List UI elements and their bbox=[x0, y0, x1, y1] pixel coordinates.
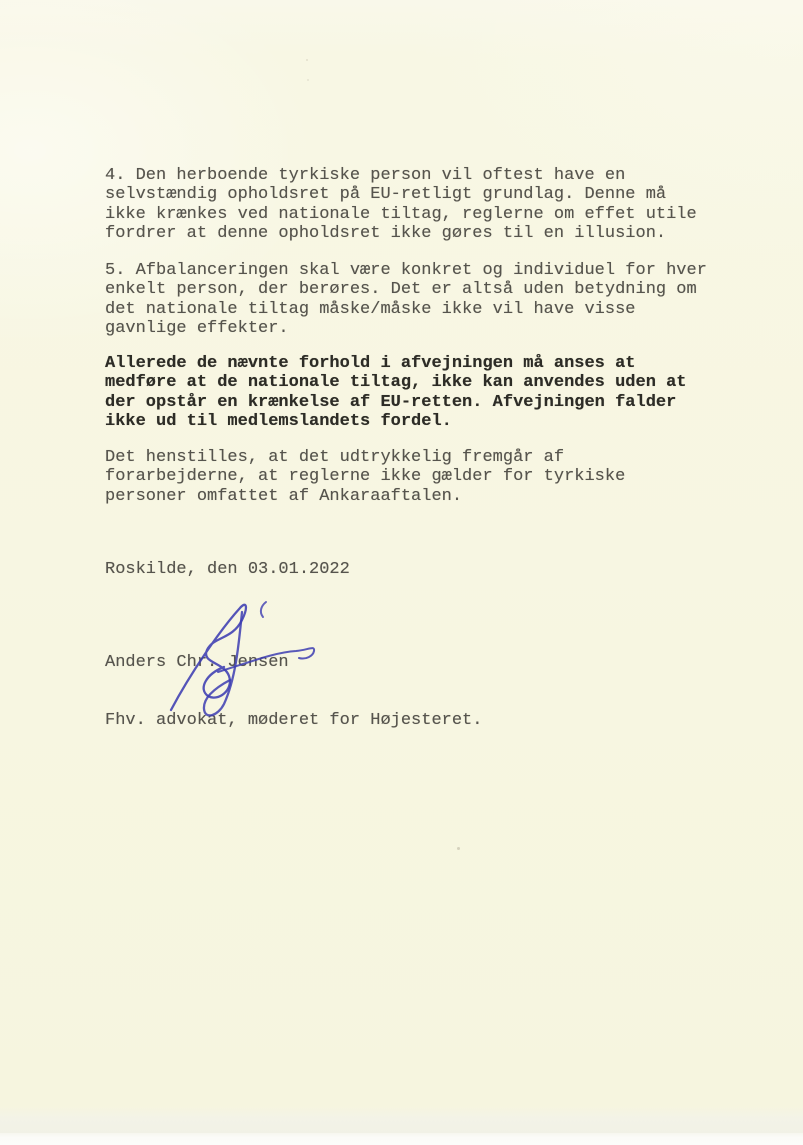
paragraph-recommendation: Det henstilles, at det udtrykkelig fremg… bbox=[105, 448, 625, 506]
scan-bottom-edge bbox=[0, 1133, 803, 1145]
signature-stroke-top-mark bbox=[261, 602, 266, 617]
paragraph-point-5: 5. Afbalanceringen skal være konkret og … bbox=[105, 261, 707, 338]
paragraph-conclusion-bold: Allerede de nævnte forhold i afvejningen… bbox=[105, 354, 687, 431]
paper-speck bbox=[307, 79, 309, 81]
signature-ink bbox=[158, 592, 323, 727]
dateline: Roskilde, den 03.01.2022 bbox=[105, 560, 350, 579]
paper-speck bbox=[306, 59, 308, 61]
signature-stroke-flourish bbox=[218, 648, 314, 672]
signature-stroke-main-loop bbox=[171, 605, 246, 710]
scan-bottom-band bbox=[0, 1106, 803, 1134]
paragraph-point-4: 4. Den herboende tyrkiske person vil oft… bbox=[105, 166, 697, 243]
document-page: 4. Den herboende tyrkiske person vil oft… bbox=[0, 0, 803, 1145]
paper-speck bbox=[457, 847, 460, 850]
